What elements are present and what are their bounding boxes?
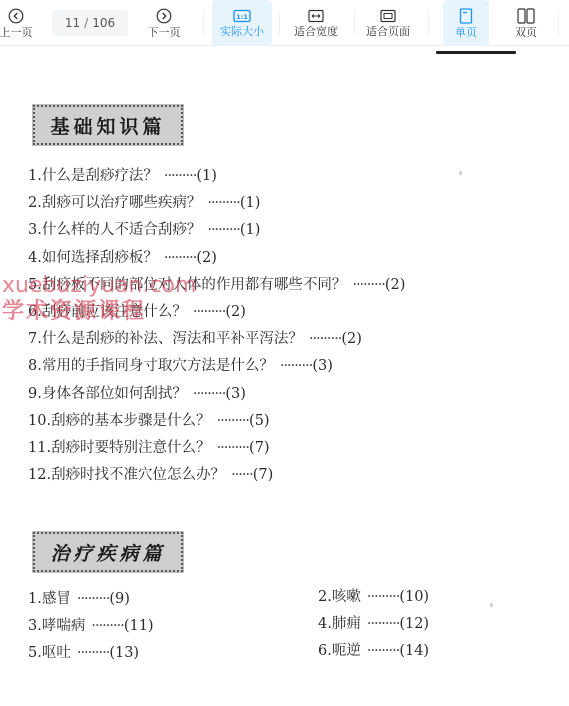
toolbar-divider — [428, 10, 429, 36]
fit-width-icon — [308, 9, 324, 23]
toc-item[interactable]: 10.刮痧的基本步骤是什么？·········(5) — [28, 408, 405, 435]
actual-size-icon: 1:1 — [233, 9, 251, 23]
total-pages: 106 — [92, 16, 115, 30]
prev-page-button[interactable]: 上一页 — [0, 0, 38, 46]
toc-item[interactable]: 11.刮痧时要特别注意什么？·········(7) — [28, 435, 405, 462]
toolbar-divider — [203, 10, 204, 36]
fit-width-label: 适合宽度 — [294, 26, 338, 38]
next-page-label: 下一页 — [148, 27, 181, 39]
toc-item[interactable]: 3.什么样的人不适合刮痧？·········(1) — [28, 217, 405, 244]
toc-item[interactable]: 7.什么是刮痧的补法、泻法和平补平泻法？·········(2) — [28, 326, 405, 353]
toc-list-basics: 1.什么是刮痧疗法？·········(1) 2.刮痧可以治疗哪些疾病？····… — [28, 163, 405, 489]
toc-item[interactable]: 2.刮痧可以治疗哪些疾病？·········(1) — [28, 190, 405, 217]
fit-page-icon — [380, 9, 396, 23]
double-page-button[interactable]: 双页 — [503, 0, 549, 46]
actual-size-button[interactable]: 1:1 实际大小 — [212, 0, 272, 46]
prev-page-label: 上一页 — [0, 27, 33, 39]
scan-speck — [459, 171, 462, 175]
double-page-icon — [517, 8, 535, 24]
toc-item[interactable]: 6.呃逆·········(14) — [318, 638, 429, 665]
toolbar-divider — [354, 10, 355, 36]
toolbar-divider — [558, 10, 559, 36]
document-page: 基础知识篇 1.什么是刮痧疗法？·········(1) 2.刮痧可以治疗哪些疾… — [0, 47, 569, 706]
page-indicator[interactable]: 11 / 106 — [52, 10, 128, 36]
toc-item[interactable]: 4.肺痈·········(12) — [318, 611, 429, 638]
chevron-right-circle-icon — [156, 8, 172, 24]
next-page-button[interactable]: 下一页 — [142, 0, 186, 46]
current-page: 11 — [65, 16, 80, 30]
chevron-left-circle-icon — [8, 8, 24, 24]
actual-size-label: 实际大小 — [220, 26, 264, 38]
fit-page-button[interactable]: 适合页面 — [357, 0, 419, 46]
toc-item[interactable]: 2.咳嗽·········(10) — [318, 584, 429, 611]
toc-item[interactable]: 8.常用的手指同身寸取穴方法是什么？·········(3) — [28, 353, 405, 380]
toc-item[interactable]: 3.哮喘病·········(11) — [28, 613, 154, 640]
toc-item[interactable]: 5.呕吐·········(13) — [28, 640, 139, 667]
single-page-button[interactable]: 单页 — [443, 0, 489, 46]
toc-item[interactable]: 4.如何选择刮痧板？·········(2) — [28, 245, 405, 272]
fit-width-button[interactable]: 适合宽度 — [286, 0, 346, 46]
fit-page-label: 适合页面 — [366, 26, 410, 38]
toc-item[interactable]: 6.刮痧前应该注意什么？·········(2) — [28, 299, 405, 326]
page-separator: / — [84, 16, 88, 30]
toc-item[interactable]: 9.身体各部位如何刮拭？·········(3) — [28, 381, 405, 408]
svg-text:1:1: 1:1 — [236, 13, 248, 21]
single-page-label: 单页 — [455, 27, 477, 39]
toc-item[interactable]: 1.感冒·········(9) — [28, 586, 130, 613]
toc-item[interactable]: 5.刮痧板不同的部位对人体的作用都有哪些不同？·········(2) — [28, 272, 405, 299]
viewer-toolbar: 上一页 11 / 106 下一页 1:1 实际大小 适合宽度 — [0, 0, 569, 46]
single-page-icon — [459, 8, 473, 24]
section-title-diseases: 治疗疾病篇 — [33, 532, 183, 572]
scan-speck — [490, 603, 493, 607]
toc-item[interactable]: 12.刮痧时找不准穴位怎么办？······(7) — [28, 462, 405, 489]
section-title-basics: 基础知识篇 — [33, 105, 183, 145]
double-page-label: 双页 — [515, 27, 537, 39]
toc-item[interactable]: 1.什么是刮痧疗法？·········(1) — [28, 163, 405, 190]
toolbar-divider — [279, 10, 280, 36]
